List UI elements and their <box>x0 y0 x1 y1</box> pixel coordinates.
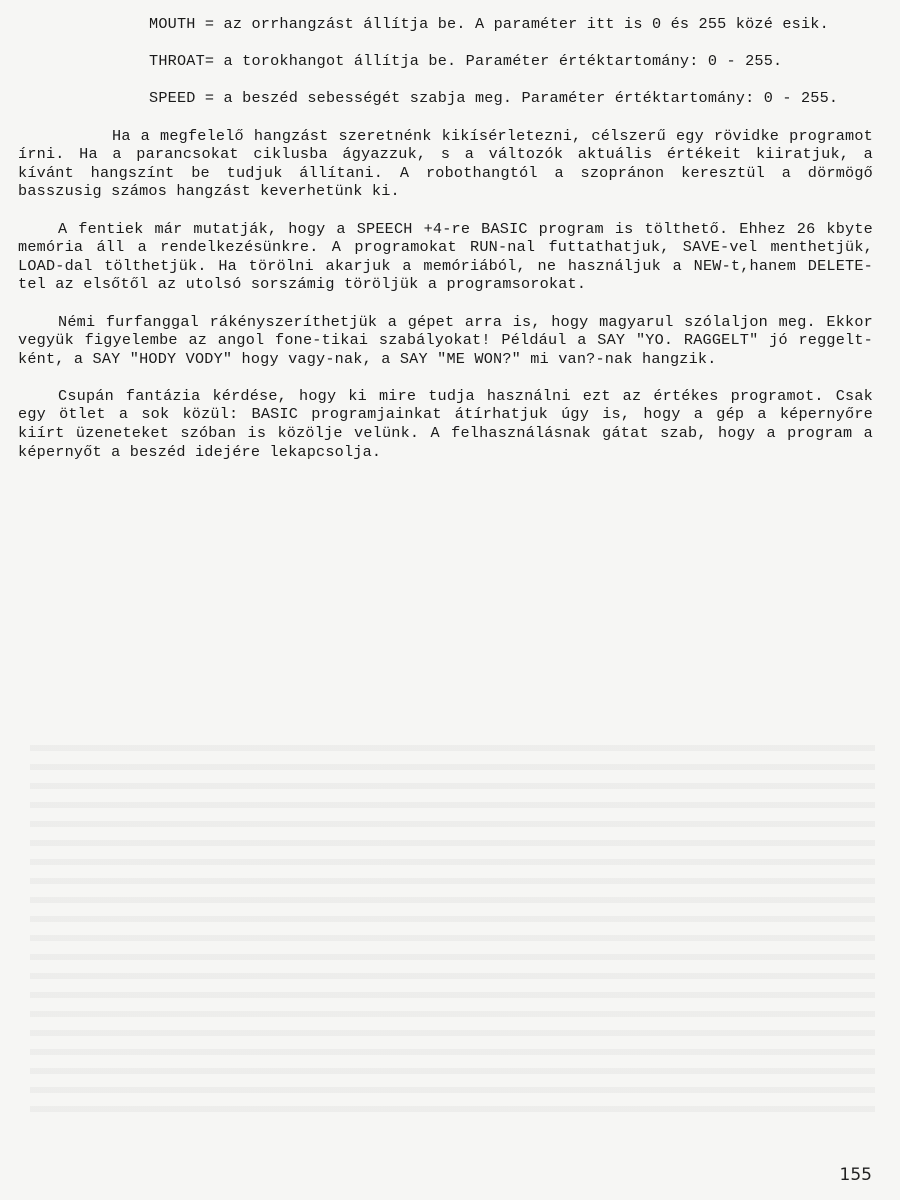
paragraph-throat-definition: THROAT= a torokhangot állítja be. Paramé… <box>18 52 873 71</box>
paragraph-speed-definition: SPEED = a beszéd sebességét szabja meg. … <box>18 89 873 108</box>
paragraph-hungarian-speech: Némi furfanggal rákényszeríthetjük a gép… <box>18 313 873 369</box>
paragraph-usage-ideas: Csupán fantázia kérdése, hogy ki mire tu… <box>18 387 873 461</box>
paragraph-loading: A fentiek már mutatják, hogy a SPEECH +4… <box>18 220 873 294</box>
reverse-page-bleed-through <box>30 735 875 1115</box>
paragraph-mouth-definition: MOUTH = az orrhangzást állítja be. A par… <box>18 15 873 34</box>
page-body: MOUTH = az orrhangzást állítja be. A par… <box>18 15 873 461</box>
paragraph-experiment: Ha a megfelelő hangzást szeretnénk kikís… <box>18 127 873 201</box>
page-number: 155 <box>840 1165 872 1185</box>
